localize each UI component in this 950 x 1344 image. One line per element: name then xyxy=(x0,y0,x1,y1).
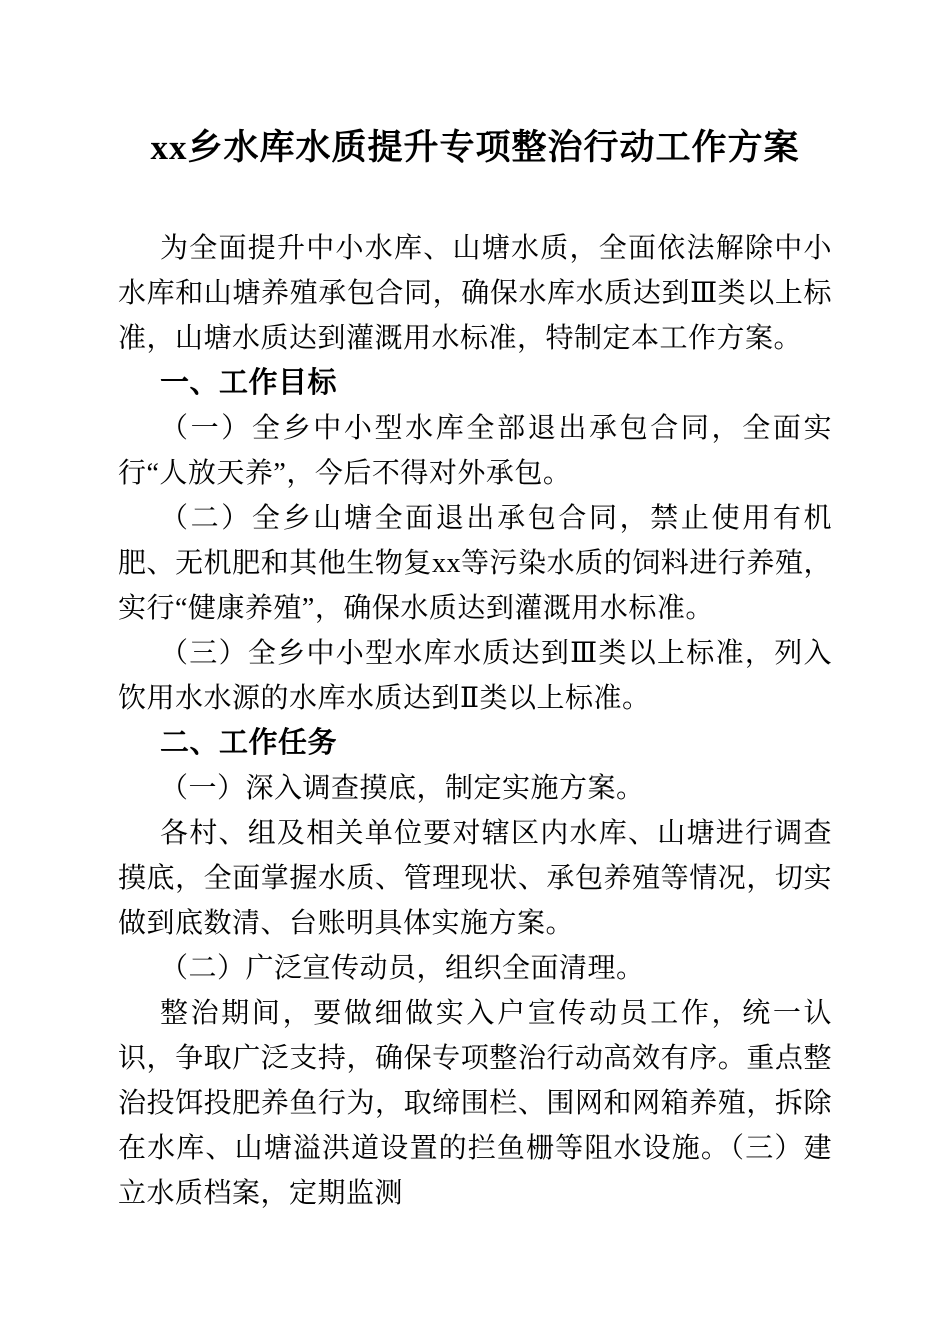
paragraph-goal-1: （一）全乡中小型水库全部退出承包合同，全面实行“人放天养”，今后不得对外承包。 xyxy=(118,406,832,496)
paragraph-task-2-detail: 整治期间，要做细做实入户宣传动员工作，统一认识，争取广泛支持，确保专项整治行动高… xyxy=(118,991,832,1216)
paragraph-task-2-title: （二）广泛宣传动员，组织全面清理。 xyxy=(118,946,832,991)
document-page: xx乡水库水质提升专项整治行动工作方案 为全面提升中小水库、山塘水质，全面依法解… xyxy=(0,0,950,1344)
section-heading-2-work-tasks: 二、工作任务 xyxy=(118,721,832,766)
paragraph-goal-3: （三）全乡中小型水库水质达到Ⅲ类以上标准，列入饮用水水源的水库水质达到Ⅱ类以上标… xyxy=(118,631,832,721)
paragraph-task-1-title: （一）深入调查摸底，制定实施方案。 xyxy=(118,766,832,811)
paragraph-task-1-detail: 各村、组及相关单位要对辖区内水库、山塘进行调查摸底，全面掌握水质、管理现状、承包… xyxy=(118,811,832,946)
document-title: xx乡水库水质提升专项整治行动工作方案 xyxy=(118,122,832,174)
section-heading-1-work-goals: 一、工作目标 xyxy=(118,361,832,406)
paragraph-goal-2: （二）全乡山塘全面退出承包合同，禁止使用有机肥、无机肥和其他生物复xx等污染水质… xyxy=(118,496,832,631)
paragraph-intro: 为全面提升中小水库、山塘水质，全面依法解除中小水库和山塘养殖承包合同，确保水库水… xyxy=(118,226,832,361)
